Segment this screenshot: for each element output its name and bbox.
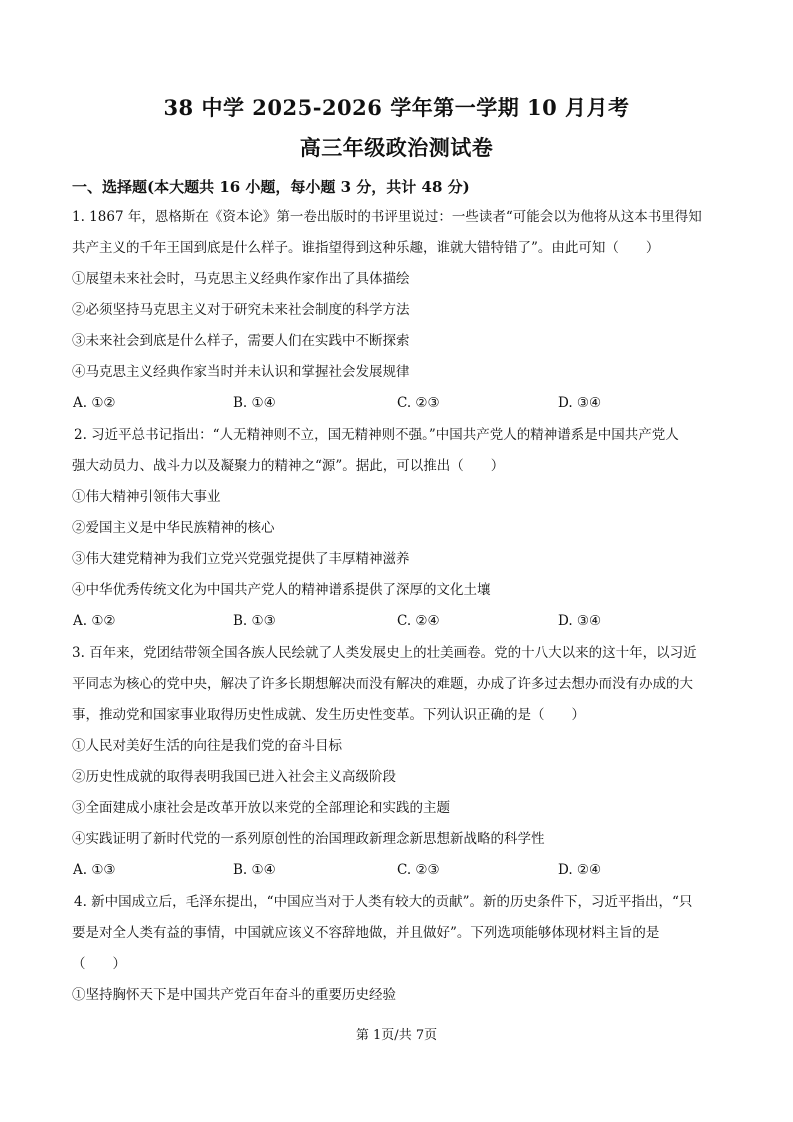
statement: ①伟大精神引领伟大事业 [72, 488, 221, 506]
statement: ①展望未来社会时，马克思主义经典作家作出了具体描绘 [72, 270, 410, 288]
question-stem-line: 事，推动党和国家事业取得历史性成就、发生历史性变革。下列认识正确的是（ ） [72, 706, 585, 724]
statement: ②必须坚持马克思主义对于研究未来社会制度的科学方法 [72, 301, 410, 319]
option-c: C. ②④ [397, 612, 440, 630]
page-indicator: 第 1页/共 7页 [0, 1024, 793, 1043]
option-b: B. ①④ [233, 394, 276, 412]
option-a: A. ①③ [73, 861, 116, 879]
option-a: A. ①② [73, 612, 116, 630]
option-b: B. ①④ [233, 861, 276, 879]
question-stem-line: （ ） [72, 955, 126, 973]
statement: ①人民对美好生活的向往是我们党的奋斗目标 [72, 737, 342, 755]
question-stem-line: 平同志为核心的党中央，解决了许多长期想解决而没有解决的难题，办成了许多过去想办而… [72, 675, 693, 693]
option-d: D. ③④ [558, 394, 601, 412]
question-stem-line: 2. 习近平总书记指出：“人无精神则不立，国无精神则不强。”中国共产党人的精神谱… [74, 426, 679, 444]
question-stem-line: 共产主义的千年王国到底是什么样子。谁指望得到这种乐趣，谁就大错特错了”。由此可知… [72, 239, 659, 257]
question-stem-line: 3. 百年来，党团结带领全国各族人民绘就了人类发展史上的壮美画卷。党的十八大以来… [72, 644, 697, 662]
section-heading: 一、选择题(本大题共 16 小题，每小题 3 分，共计 48 分) [72, 176, 470, 197]
option-a: A. ①② [73, 394, 116, 412]
statement: ④马克思主义经典作家当时并未认识和掌握社会发展规律 [72, 363, 410, 381]
statement: ④实践证明了新时代党的一系列原创性的治国理政新理念新思想新战略的科学性 [72, 830, 545, 848]
exam-title: 38 中学 2025-2026 学年第一学期 10 月月考 [0, 92, 793, 122]
statement: ③全面建成小康社会是改革开放以来党的全部理论和实践的主题 [72, 799, 450, 817]
statement: ②爱国主义是中华民族精神的核心 [72, 519, 275, 537]
question-stem-line: 要是对全人类有益的事情，中国就应该义不容辞地做，并且做好”。下列选项能够体现材料… [72, 924, 659, 942]
statement: ①坚持胸怀天下是中国共产党百年奋斗的重要历史经验 [72, 986, 396, 1004]
statement: ③伟大建党精神为我们立党兴党强党提供了丰厚精神滋养 [72, 550, 410, 568]
option-d: D. ②④ [558, 861, 601, 879]
option-b: B. ①③ [233, 612, 276, 630]
statement: ②历史性成就的取得表明我国已进入社会主义高级阶段 [72, 768, 396, 786]
exam-page: 38 中学 2025-2026 学年第一学期 10 月月考 高三年级政治测试卷 … [0, 0, 793, 1122]
question-stem-line: 强大动员力、战斗力以及凝聚力的精神之“源”。据此，可以推出（ ） [72, 457, 504, 475]
question-stem-line: 4. 新中国成立后，毛泽东提出，“中国应当对于人类有较大的贡献”。新的历史条件下… [74, 893, 692, 911]
statement: ③未来社会到底是什么样子，需要人们在实践中不断探索 [72, 332, 410, 350]
exam-subtitle: 高三年级政治测试卷 [0, 132, 793, 162]
question-stem-line: 1. 1867 年，恩格斯在《资本论》第一卷出版时的书评里说过：一些读者“可能会… [72, 208, 702, 226]
option-c: C. ②③ [397, 394, 440, 412]
option-c: C. ②③ [397, 861, 440, 879]
statement: ④中华优秀传统文化为中国共产党人的精神谱系提供了深厚的文化土壤 [72, 581, 491, 599]
option-d: D. ③④ [558, 612, 601, 630]
